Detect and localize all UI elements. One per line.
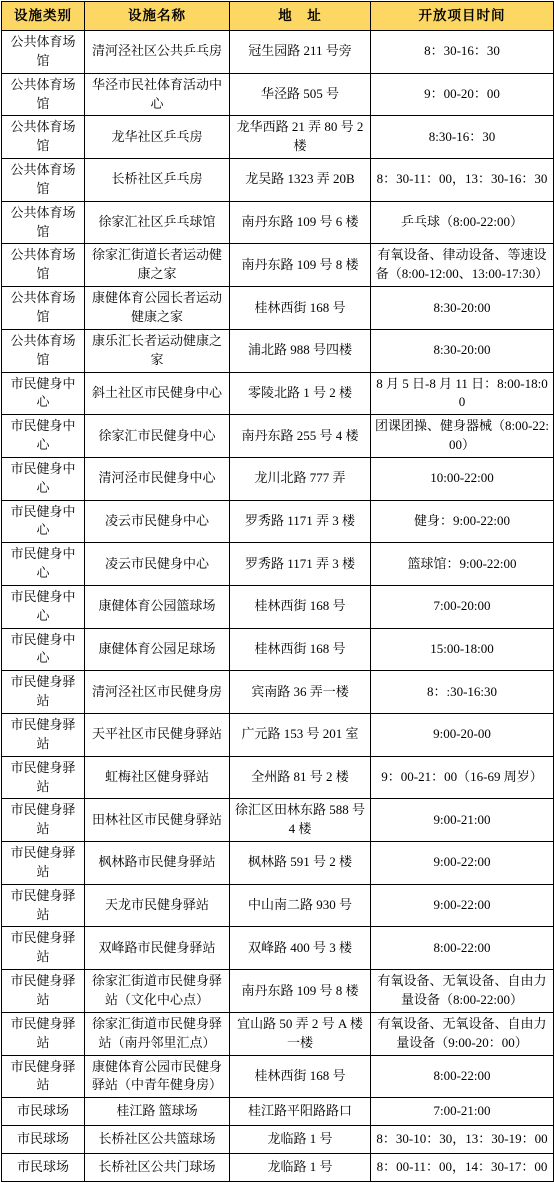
category-cell: 市民健身驿站 [2, 884, 85, 927]
table-row: 市民健身驿站天龙市民健身驿站中山南二路 930 号9:00-22:00 [2, 884, 554, 927]
time-cell: 15:00-18:00 [371, 628, 554, 671]
category-cell: 市民健身中心 [2, 457, 85, 500]
table-row: 市民健身中心凌云市民健身中心罗秀路 1171 弄 3 楼健身：9:00-22:0… [2, 500, 554, 543]
name-cell: 华泾市民社体育活动中心 [85, 73, 230, 116]
table-row: 公共体育场馆清河泾社区公共乒乓房冠生园路 211 号旁8：30-16：30 [2, 31, 554, 74]
table-row: 市民健身中心清河泾市民健身中心龙川北路 777 弄10:00-22:00 [2, 457, 554, 500]
table-row: 市民健身驿站徐家汇街道市民健身驿站（文化中心点）南丹东路 109 号 8 楼有氧… [2, 970, 554, 1013]
table-header: 设施类别 设施名称 地 址 开放项目时间 [2, 2, 554, 31]
address-cell: 广元路 153 号 201 室 [230, 714, 371, 757]
name-cell: 桂江路 篮球场 [85, 1098, 230, 1126]
name-cell: 康健体育公园篮球场 [85, 585, 230, 628]
address-cell: 南丹东路 109 号 6 楼 [230, 201, 371, 244]
category-cell: 市民健身驿站 [2, 970, 85, 1013]
time-cell: 7:00-21:00 [371, 1098, 554, 1126]
address-cell: 桂林西街 168 号 [230, 287, 371, 330]
category-cell: 市民球场 [2, 1098, 85, 1126]
time-cell: 8:00-22:00 [371, 1055, 554, 1098]
table-row: 公共体育场馆龙华社区乒乓房龙华西路 21 弄 80 号 2 楼8:30-16：3… [2, 116, 554, 159]
table-row: 公共体育场馆康健体育公园长者运动健康之家桂林西街 168 号8:30-20:00 [2, 287, 554, 330]
address-cell: 龙华西路 21 弄 80 号 2 楼 [230, 116, 371, 159]
category-cell: 公共体育场馆 [2, 116, 85, 159]
category-cell: 公共体育场馆 [2, 244, 85, 287]
name-cell: 虹梅社区健身驿站 [85, 756, 230, 799]
time-cell: 8:30-20:00 [371, 329, 554, 372]
header-open-time: 开放项目时间 [371, 2, 554, 31]
address-cell: 南丹东路 109 号 8 楼 [230, 970, 371, 1013]
table-row: 公共体育场馆华泾市民社体育活动中心华泾路 505 号9：00-20：00 [2, 73, 554, 116]
address-cell: 桂林西街 168 号 [230, 585, 371, 628]
category-cell: 公共体育场馆 [2, 329, 85, 372]
category-cell: 市民健身驿站 [2, 714, 85, 757]
category-cell: 公共体育场馆 [2, 201, 85, 244]
address-cell: 浦北路 988 号四楼 [230, 329, 371, 372]
name-cell: 徐家汇街道市民健身驿站（南丹邻里汇点） [85, 1012, 230, 1055]
category-cell: 市民健身驿站 [2, 842, 85, 885]
category-cell: 市民健身驿站 [2, 756, 85, 799]
name-cell: 双峰路市民健身驿站 [85, 927, 230, 970]
table-row: 市民健身中心斜土社区市民健身中心零陵北路 1 号 2 楼8 月 5 日-8 月 … [2, 372, 554, 415]
table-row: 市民球场桂江路 篮球场桂江路平阳路路口7:00-21:00 [2, 1098, 554, 1126]
name-cell: 康健体育公园市民健身驿站（中青年健身房） [85, 1055, 230, 1098]
table-body: 公共体育场馆清河泾社区公共乒乓房冠生园路 211 号旁8：30-16：30公共体… [2, 31, 554, 1182]
time-cell: 乒乓球（8:00-22:00） [371, 201, 554, 244]
address-cell: 宜山路 50 弄 2 号 A 楼一楼 [230, 1012, 371, 1055]
table-row: 公共体育场馆康乐汇长者运动健康之家浦北路 988 号四楼8:30-20:00 [2, 329, 554, 372]
category-cell: 公共体育场馆 [2, 287, 85, 330]
table-row: 市民健身驿站虹梅社区健身驿站全州路 81 号 2 楼9：00-21：00（16-… [2, 756, 554, 799]
address-cell: 桂林西街 168 号 [230, 1055, 371, 1098]
category-cell: 市民健身驿站 [2, 1055, 85, 1098]
time-cell: 7:00-20:00 [371, 585, 554, 628]
table-row: 市民健身驿站双峰路市民健身驿站双峰路 400 号 3 楼8:00-22:00 [2, 927, 554, 970]
name-cell: 长桥社区公共门球场 [85, 1154, 230, 1182]
time-cell: 9:00-21:00 [371, 799, 554, 842]
name-cell: 徐家汇市民健身中心 [85, 415, 230, 458]
address-cell: 龙临路 1 号 [230, 1126, 371, 1154]
time-cell: 9:00-20-00 [371, 714, 554, 757]
name-cell: 龙华社区乒乓房 [85, 116, 230, 159]
category-cell: 市民球场 [2, 1126, 85, 1154]
category-cell: 市民健身中心 [2, 543, 85, 586]
address-cell: 龙川北路 777 弄 [230, 457, 371, 500]
category-cell: 市民健身驿站 [2, 927, 85, 970]
address-cell: 龙临路 1 号 [230, 1154, 371, 1182]
category-cell: 市民健身驿站 [2, 1012, 85, 1055]
table-row: 市民健身中心康健体育公园篮球场桂林西街 168 号7:00-20:00 [2, 585, 554, 628]
time-cell: 8：30-10：30，13：30-19：00 [371, 1126, 554, 1154]
category-cell: 市民健身中心 [2, 500, 85, 543]
time-cell: 有氧设备、律动设备、等速设备（8:00-12:00、13:00-17:30） [371, 244, 554, 287]
address-cell: 罗秀路 1171 弄 3 楼 [230, 543, 371, 586]
category-cell: 公共体育场馆 [2, 73, 85, 116]
name-cell: 斜土社区市民健身中心 [85, 372, 230, 415]
time-cell: 9:00-22:00 [371, 884, 554, 927]
time-cell: 8:30-20:00 [371, 287, 554, 330]
name-cell: 天平社区市民健身驿站 [85, 714, 230, 757]
name-cell: 凌云市民健身中心 [85, 543, 230, 586]
address-cell: 宾南路 36 弄一楼 [230, 671, 371, 714]
name-cell: 长桥社区公共篮球场 [85, 1126, 230, 1154]
time-cell: 8:00-22:00 [371, 927, 554, 970]
name-cell: 清河泾市民健身中心 [85, 457, 230, 500]
time-cell: 8：30-11：00，13：30-16：30 [371, 159, 554, 202]
address-cell: 中山南二路 930 号 [230, 884, 371, 927]
category-cell: 市民健身中心 [2, 415, 85, 458]
time-cell: 9:00-22:00 [371, 842, 554, 885]
category-cell: 市民健身中心 [2, 628, 85, 671]
address-cell: 南丹东路 255 号 4 楼 [230, 415, 371, 458]
table-row: 市民健身中心康健体育公园足球场桂林西街 168 号15:00-18:00 [2, 628, 554, 671]
time-cell: 健身：9:00-22:00 [371, 500, 554, 543]
category-cell: 市民健身驿站 [2, 799, 85, 842]
header-row: 设施类别 设施名称 地 址 开放项目时间 [2, 2, 554, 31]
table-row: 市民健身驿站田林社区市民健身驿站徐汇区田林东路 588 号 4 楼9:00-21… [2, 799, 554, 842]
name-cell: 清河泾社区市民健身房 [85, 671, 230, 714]
time-cell: 9：00-20：00 [371, 73, 554, 116]
table-row: 市民健身驿站清河泾社区市民健身房宾南路 36 弄一楼8：:30-16:30 [2, 671, 554, 714]
address-cell: 枫林路 591 号 2 楼 [230, 842, 371, 885]
name-cell: 康健体育公园长者运动健康之家 [85, 287, 230, 330]
category-cell: 公共体育场馆 [2, 159, 85, 202]
address-cell: 徐汇区田林东路 588 号 4 楼 [230, 799, 371, 842]
time-cell: 9：00-21：00（16-69 周岁） [371, 756, 554, 799]
time-cell: 8：30-16：30 [371, 31, 554, 74]
table-row: 市民健身驿站徐家汇街道市民健身驿站（南丹邻里汇点）宜山路 50 弄 2 号 A … [2, 1012, 554, 1055]
name-cell: 徐家汇街道市民健身驿站（文化中心点） [85, 970, 230, 1013]
table-row: 公共体育场馆长桥社区乒乓房龙吴路 1323 弄 20B8：30-11：00，13… [2, 159, 554, 202]
address-cell: 零陵北路 1 号 2 楼 [230, 372, 371, 415]
time-cell: 8 月 5 日-8 月 11 日：8:00-18:00 [371, 372, 554, 415]
time-cell: 8：00-11：00，14：30-17：00 [371, 1154, 554, 1182]
address-cell: 桂江路平阳路路口 [230, 1098, 371, 1126]
name-cell: 康乐汇长者运动健康之家 [85, 329, 230, 372]
name-cell: 枫林路市民健身驿站 [85, 842, 230, 885]
name-cell: 长桥社区乒乓房 [85, 159, 230, 202]
header-address: 地 址 [230, 2, 371, 31]
time-cell: 有氧设备、无氧设备、自由力量设备（9:00-20：00） [371, 1012, 554, 1055]
category-cell: 市民球场 [2, 1154, 85, 1182]
name-cell: 凌云市民健身中心 [85, 500, 230, 543]
time-cell: 8：:30-16:30 [371, 671, 554, 714]
category-cell: 市民健身中心 [2, 372, 85, 415]
header-category: 设施类别 [2, 2, 85, 31]
address-cell: 冠生园路 211 号旁 [230, 31, 371, 74]
table-row: 市民健身驿站康健体育公园市民健身驿站（中青年健身房）桂林西街 168 号8:00… [2, 1055, 554, 1098]
category-cell: 市民健身中心 [2, 585, 85, 628]
table-row: 公共体育场馆徐家汇社区乒乓球馆南丹东路 109 号 6 楼乒乓球（8:00-22… [2, 201, 554, 244]
name-cell: 天龙市民健身驿站 [85, 884, 230, 927]
address-cell: 桂林西街 168 号 [230, 628, 371, 671]
table-row: 市民健身驿站枫林路市民健身驿站枫林路 591 号 2 楼9:00-22:00 [2, 842, 554, 885]
category-cell: 公共体育场馆 [2, 31, 85, 74]
address-cell: 双峰路 400 号 3 楼 [230, 927, 371, 970]
name-cell: 徐家汇社区乒乓球馆 [85, 201, 230, 244]
table-row: 市民健身驿站天平社区市民健身驿站广元路 153 号 201 室9:00-20-0… [2, 714, 554, 757]
name-cell: 康健体育公园足球场 [85, 628, 230, 671]
address-cell: 华泾路 505 号 [230, 73, 371, 116]
header-name: 设施名称 [85, 2, 230, 31]
category-cell: 市民健身驿站 [2, 671, 85, 714]
time-cell: 有氧设备、无氧设备、自由力量设备（8:00-22:00） [371, 970, 554, 1013]
table-row: 市民球场长桥社区公共门球场龙临路 1 号8：00-11：00，14：30-17：… [2, 1154, 554, 1182]
table-row: 公共体育场馆徐家汇街道长者运动健康之家南丹东路 109 号 8 楼有氧设备、律动… [2, 244, 554, 287]
time-cell: 团课团操、健身器械（8:00-22:00） [371, 415, 554, 458]
name-cell: 清河泾社区公共乒乓房 [85, 31, 230, 74]
name-cell: 徐家汇街道长者运动健康之家 [85, 244, 230, 287]
facilities-table: 设施类别 设施名称 地 址 开放项目时间 公共体育场馆清河泾社区公共乒乓房冠生园… [1, 1, 554, 1182]
name-cell: 田林社区市民健身驿站 [85, 799, 230, 842]
time-cell: 篮球馆：9:00-22:00 [371, 543, 554, 586]
address-cell: 全州路 81 号 2 楼 [230, 756, 371, 799]
time-cell: 8:30-16：30 [371, 116, 554, 159]
address-cell: 龙吴路 1323 弄 20B [230, 159, 371, 202]
table-row: 市民球场长桥社区公共篮球场龙临路 1 号8：30-10：30，13：30-19：… [2, 1126, 554, 1154]
time-cell: 10:00-22:00 [371, 457, 554, 500]
table-row: 市民健身中心凌云市民健身中心罗秀路 1171 弄 3 楼篮球馆：9:00-22:… [2, 543, 554, 586]
address-cell: 罗秀路 1171 弄 3 楼 [230, 500, 371, 543]
table-row: 市民健身中心徐家汇市民健身中心南丹东路 255 号 4 楼团课团操、健身器械（8… [2, 415, 554, 458]
address-cell: 南丹东路 109 号 8 楼 [230, 244, 371, 287]
